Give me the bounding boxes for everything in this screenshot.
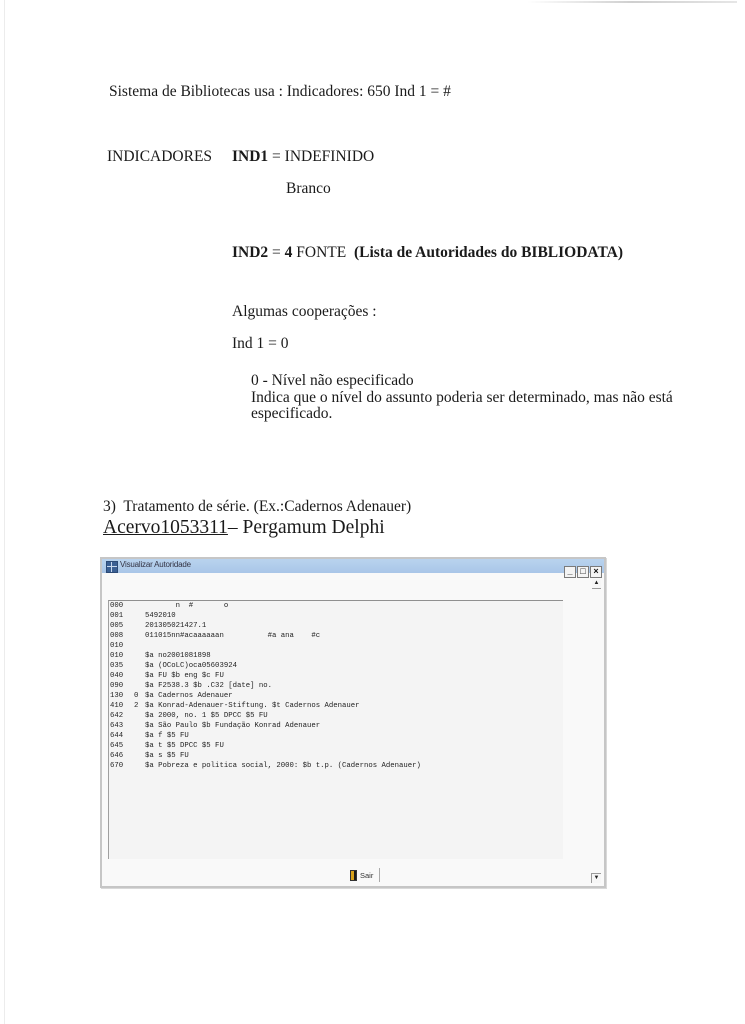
marc-record-list: 000 n # o0015492010005201305021427.10080… xyxy=(108,600,563,859)
acervo-suffix: – Pergamum Delphi xyxy=(228,517,385,538)
record-indicator: 0 xyxy=(134,691,138,701)
level-title: 0 - Nível não especificado xyxy=(251,373,681,390)
close-button[interactable]: × xyxy=(590,566,602,578)
record-content: $a FU $b eng $c FU xyxy=(145,671,224,681)
ind1-key: IND1 xyxy=(232,148,268,165)
level-description-block: 0 - Nível não especificado Indica que o … xyxy=(251,373,681,423)
record-tag: 644 xyxy=(110,731,123,741)
record-tag: 646 xyxy=(110,751,123,761)
window-title-bar[interactable]: Visualizar Autoridade xyxy=(102,559,604,573)
record-row: 000 n # o xyxy=(109,601,563,611)
ind2-line: IND2 = 4 FONTE (Lista de Autoridades do … xyxy=(232,244,623,262)
ind1-zero-line: Ind 1 = 0 xyxy=(232,335,289,353)
authority-viewer-window: Visualizar Autoridade _ □ × ▲ 000 n # o0… xyxy=(100,557,606,888)
ind1-note: Branco xyxy=(286,180,331,198)
cooperations-label: Algumas cooperações : xyxy=(232,303,377,321)
record-content: $a f $5 FU xyxy=(145,731,189,741)
window-controls: _ □ × xyxy=(564,566,602,578)
record-tag: 000 xyxy=(110,601,123,611)
record-row: 035$a (OCoLC)oca05603924 xyxy=(109,661,563,671)
record-content: $a F2538.3 $b .C32 [date] no. xyxy=(145,681,272,691)
ind2-source: (Lista de Autoridades do BIBLIODATA) xyxy=(354,244,623,261)
ind2-key: IND2 xyxy=(232,244,268,261)
record-row: 1300$a Cadernos Adenauer xyxy=(109,691,563,701)
record-indicator: 2 xyxy=(134,701,138,711)
record-tag: 008 xyxy=(110,631,123,641)
record-row: 670$a Pobreza e politica social, 2000: $… xyxy=(109,761,563,771)
record-row: 010 xyxy=(109,641,563,651)
page-edge xyxy=(4,0,5,1024)
record-row: 090$a F2538.3 $b .C32 [date] no. xyxy=(109,681,563,691)
record-row: 645$a t $5 DPCC $5 FU xyxy=(109,741,563,751)
record-tag: 410 xyxy=(110,701,123,711)
system-indicators-line: Sistema de Bibliotecas usa : Indicadores… xyxy=(109,83,451,101)
record-tag: 010 xyxy=(110,651,123,661)
record-tag: 670 xyxy=(110,761,123,771)
record-tag: 645 xyxy=(110,741,123,751)
record-row: 005201305021427.1 xyxy=(109,621,563,631)
record-content: n # o xyxy=(145,601,228,611)
record-tag: 001 xyxy=(110,611,123,621)
record-content: $a Konrad-Adenauer-Stiftung. $t Cadernos… xyxy=(145,701,360,711)
record-content: $a no2001081898 xyxy=(145,651,211,661)
app-grid-icon xyxy=(106,561,118,573)
record-tag: 642 xyxy=(110,711,123,721)
record-content: 5492010 xyxy=(145,611,176,621)
level-description: Indica que o nível do assunto poderia se… xyxy=(251,390,681,423)
scroll-up-arrow-icon[interactable]: ▲ xyxy=(592,579,601,589)
record-tag: 643 xyxy=(110,721,123,731)
record-tag: 130 xyxy=(110,691,123,701)
ind2-fonte: FONTE xyxy=(292,244,354,261)
scroll-down-arrow-icon[interactable]: ▼ xyxy=(591,873,601,883)
record-row: 642$a 2000, no. 1 $5 DPCC $5 FU xyxy=(109,711,563,721)
record-content: $a São Paulo $b Fundação Konrad Adenauer xyxy=(145,721,320,731)
exit-label: Sair xyxy=(360,871,373,880)
door-exit-icon xyxy=(350,870,357,881)
minimize-button[interactable]: _ xyxy=(564,566,576,578)
acervo-line: Acervo1053311– Pergamum Delphi xyxy=(103,517,385,539)
record-tag: 035 xyxy=(110,661,123,671)
record-tag: 090 xyxy=(110,681,123,691)
acervo-link[interactable]: Acervo1053311 xyxy=(103,517,228,538)
record-content: $a Pobreza e politica social, 2000: $b t… xyxy=(145,761,421,771)
indicators-label: INDICADORES xyxy=(107,148,212,166)
record-tag: 010 xyxy=(110,641,123,651)
record-row: 008011015nn#acaaaaaan #a ana #c xyxy=(109,631,563,641)
page-edge-shadow xyxy=(527,1,737,3)
record-row: 644$a f $5 FU xyxy=(109,731,563,741)
ind2-eq: = xyxy=(268,244,285,261)
record-row: 643$a São Paulo $b Fundação Konrad Adena… xyxy=(109,721,563,731)
ind1-line: IND1 = INDEFINIDO xyxy=(232,148,374,166)
maximize-button[interactable]: □ xyxy=(577,566,589,578)
window-title: Visualizar Autoridade xyxy=(120,560,191,569)
window-footer: Sair xyxy=(102,864,604,884)
record-tag: 040 xyxy=(110,671,123,681)
record-content: 201305021427.1 xyxy=(145,621,206,631)
exit-button[interactable]: Sair xyxy=(350,868,380,882)
record-content: $a Cadernos Adenauer xyxy=(145,691,233,701)
record-content: 011015nn#acaaaaaan #a ana #c xyxy=(145,631,320,641)
record-row: 0015492010 xyxy=(109,611,563,621)
record-row: 646$a s $5 FU xyxy=(109,751,563,761)
record-row: 4102$a Konrad-Adenauer-Stiftung. $t Cade… xyxy=(109,701,563,711)
record-row: 040$a FU $b eng $c FU xyxy=(109,671,563,681)
ind1-value: = INDEFINIDO xyxy=(268,148,374,165)
series-heading: 3) Tratamento de série. (Ex.:Cadernos Ad… xyxy=(103,498,411,516)
record-content: $a (OCoLC)oca05603924 xyxy=(145,661,237,671)
record-content: $a t $5 DPCC $5 FU xyxy=(145,741,224,751)
record-row: 010$a no2001081898 xyxy=(109,651,563,661)
record-tag: 005 xyxy=(110,621,123,631)
record-content: $a 2000, no. 1 $5 DPCC $5 FU xyxy=(145,711,268,721)
record-content: $a s $5 FU xyxy=(145,751,189,761)
